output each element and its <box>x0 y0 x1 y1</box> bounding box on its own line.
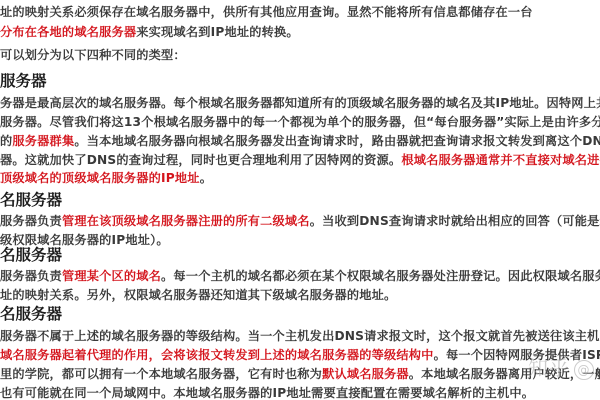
body-text: 务器是最高层次的域名服务器。每个根域名服务器都知道所有的顶级域名服务器的域名及其… <box>0 96 600 110</box>
paragraph-line: 服务器负责管理某个区的域名。每一个主机的域名都必须在某个权限域名服务器处注册登记… <box>0 268 600 285</box>
body-text: 器。这就加快了DNS的查询过程，同时也更合理地利用了因特网的资源。 <box>0 153 401 167</box>
body-text: 。当本地域名服务器向根域名服务器发出查询请求时，路由器就把查询请求报文转发到离这… <box>74 134 600 148</box>
paragraph-line: 器。这就加快了DNS的查询过程，同时也更合理地利用了因特网的资源。根域名服务器通… <box>0 152 600 169</box>
body-text: 址的映射关系必须保存在域名服务器中，供所有其他应用查询。显然不能将所有信息都储存… <box>0 5 533 19</box>
paragraph-line: 的服务器群集。当本地域名服务器向根域名服务器发出查询请求时，路由器就把查询请求报… <box>0 133 600 150</box>
section-heading: 名服务器 <box>0 304 62 324</box>
highlighted-text: 服务器群集 <box>12 134 74 148</box>
body-text: 。 <box>200 171 212 185</box>
paragraph-line: 域名服务器起着代理的作用，会将该报文转发到上述的域名服务器的等级结构中。每一个因… <box>0 347 600 364</box>
body-text: 来实现域名到IP地址的转换。 <box>136 25 299 39</box>
highlighted-text: 根域名服务器通常并不直接对域名进行 <box>401 153 600 167</box>
section-heading: 名服务器 <box>0 190 62 210</box>
body-text: 。当收到DNS查询请求时就给出相应的回答（可能是最 <box>310 214 600 228</box>
body-text: 也有可能就在同一个局域网中。本地域名服务器的IP地址需要直接配置在需要域名解析的… <box>0 386 534 400</box>
paragraph-line: 服务器不属于上述的域名服务器的等级结构。当一个主机发出DNS请求报文时，这个报文… <box>0 328 600 345</box>
intro-line: 可以划分为以下四种不同的类型： <box>0 47 186 64</box>
highlighted-text: 管理在该顶级域名服务器注册的所有二级域名 <box>62 214 310 228</box>
document-page: 址的映射关系必须保存在域名服务器中，供所有其他应用查询。显然不能将所有信息都储存… <box>0 0 600 400</box>
paragraph-line: 务器是最高层次的域名服务器。每个根域名服务器都知道所有的顶级域名服务器的域名及其… <box>0 95 600 112</box>
highlighted-text: 顶级域名的顶级域名服务器的IP地址 <box>0 171 200 185</box>
zhihu-watermark: 知乎@ <box>528 352 594 381</box>
paragraph-line: 服务器负责管理在该顶级域名服务器注册的所有二级域名。当收到DNS查询请求时就给出… <box>0 213 600 230</box>
body-text: 服务器负责 <box>0 269 62 283</box>
body-text: 。每一个主机的域名都必须在某个权限域名服务器处注册登记。因此权限域名服务器 <box>161 269 600 283</box>
at-icon: @ <box>574 360 594 380</box>
paragraph-line: 服务器。尽管我们将这13个根域名服务器中的每一个都视为单个的服务器，但“每台服务… <box>0 114 600 131</box>
body-text: 服务器负责 <box>0 214 62 228</box>
body-text: 服务器不属于上述的域名服务器的等级结构。当一个主机发出DNS请求报文时，这个报文… <box>0 329 600 343</box>
paragraph-line: 里的学院，都可以拥有一个本地域名服务器，它有时也称为默认域名服务器。本地域名服务… <box>0 366 600 383</box>
highlighted-text: 管理某个区的域名 <box>62 269 161 283</box>
highlighted-text: 域名服务器起着代理的作用，会将该报文转发到上述的域名服务器的等级结构中 <box>0 348 434 362</box>
section-heading: 名服务器 <box>0 245 62 265</box>
body-text: 的 <box>0 134 12 148</box>
highlighted-text: 分布在各地的域名服务器 <box>0 25 136 39</box>
section-heading: 服务器 <box>0 71 47 91</box>
intro-line: 分布在各地的域名服务器来实现域名到IP地址的转换。 <box>0 24 299 41</box>
paragraph-line: 顶级域名的顶级域名服务器的IP地址。 <box>0 170 212 187</box>
body-text: 服务器。尽管我们将这13个根域名服务器中的每一个都视为单个的服务器，但“每台服务… <box>0 115 600 129</box>
watermark-text: 知乎 <box>528 356 570 380</box>
intro-line: 址的映射关系必须保存在域名服务器中，供所有其他应用查询。显然不能将所有信息都储存… <box>0 4 533 21</box>
body-text: 里的学院，都可以拥有一个本地域名服务器，它有时也称为 <box>0 367 322 381</box>
paragraph-line: 也有可能就在同一个局域网中。本地域名服务器的IP地址需要直接配置在需要域名解析的… <box>0 385 534 400</box>
body-text: 可以划分为以下四种不同的类型： <box>0 48 186 62</box>
highlighted-text: 默认域名服务器 <box>322 367 409 381</box>
body-text: 址的映射关系。另外，权限域名服务器还知道其下级域名服务器的地址。 <box>0 288 396 302</box>
paragraph-line: 址的映射关系。另外，权限域名服务器还知道其下级域名服务器的地址。 <box>0 287 396 304</box>
